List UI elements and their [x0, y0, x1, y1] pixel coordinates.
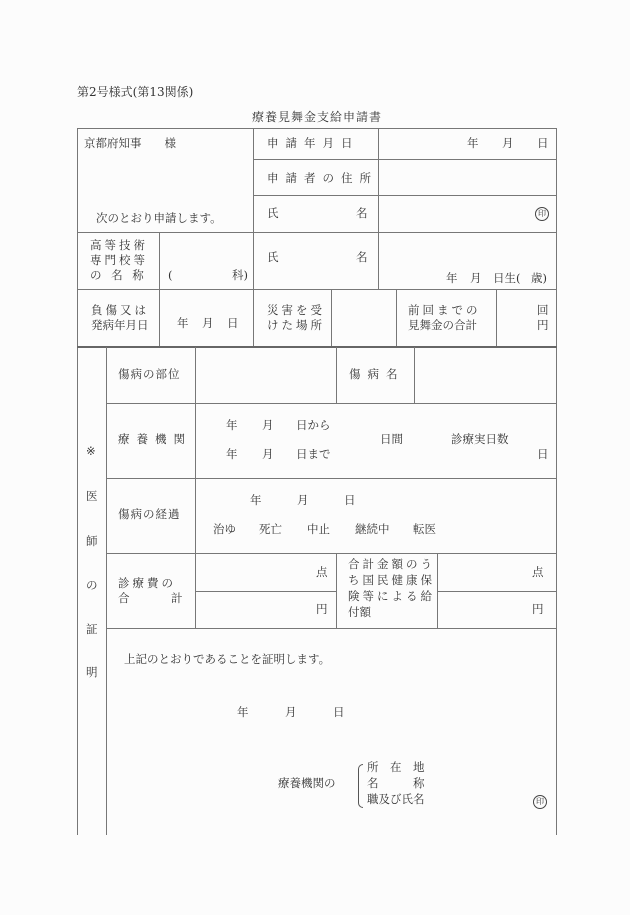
- birth-month[interactable]: 月: [470, 273, 482, 285]
- applicant-address-field[interactable]: [380, 161, 554, 193]
- progress-option-ongoing[interactable]: 継続中: [355, 524, 390, 536]
- insurance-points-unit[interactable]: 点: [532, 567, 544, 579]
- table-border-left: [77, 128, 78, 835]
- applicant-name-label-1: 氏: [267, 208, 279, 220]
- injury-date-year[interactable]: 年: [177, 318, 189, 330]
- incident-place-label-2: けた場所: [267, 320, 325, 332]
- progress-option-died[interactable]: 死亡: [259, 524, 282, 536]
- application-date-month[interactable]: 月: [502, 138, 514, 150]
- addressee: 京都府知事 様: [84, 138, 176, 150]
- certify-date-month[interactable]: 月: [285, 707, 297, 719]
- school-name-label-line-1: 高等技術: [90, 240, 148, 252]
- divider: [253, 195, 557, 196]
- progress-date-day[interactable]: 日: [344, 495, 356, 507]
- divider: [106, 403, 557, 404]
- period-to-month[interactable]: 月: [262, 449, 274, 461]
- seal-icon: 印: [535, 207, 549, 221]
- injury-date-label-2: 発病年月日: [91, 320, 149, 332]
- institution-field-address: 所 在 地: [367, 762, 425, 774]
- fee-label-1: 診療費の: [118, 578, 176, 590]
- form-title: 療養見舞金支給申請書: [252, 111, 382, 123]
- brace-icon: [358, 764, 363, 808]
- divider: [331, 289, 332, 347]
- application-date-year[interactable]: 年: [467, 138, 479, 150]
- applicant-address-label: 申請者の住所: [267, 173, 378, 185]
- applicant-name-label-2: 名: [356, 208, 368, 220]
- doctor-side-label-4: 証: [86, 624, 98, 636]
- progress-option-stopped[interactable]: 中止: [307, 524, 330, 536]
- divider: [77, 232, 557, 233]
- injury-date-day[interactable]: 日: [227, 318, 239, 330]
- divider: [396, 289, 397, 347]
- incident-place-field[interactable]: [333, 291, 394, 345]
- table-border-right: [556, 128, 557, 835]
- certify-text: 上記のとおりであることを証明します。: [124, 654, 330, 666]
- period-to-year[interactable]: 年: [226, 449, 238, 461]
- divider: [336, 553, 337, 628]
- period-from-day[interactable]: 日から: [296, 420, 331, 432]
- injury-name-field[interactable]: [416, 349, 554, 401]
- period-from-year[interactable]: 年: [226, 420, 238, 432]
- injury-date-label-1: 負傷又は: [91, 305, 149, 317]
- institution-field-position: 職及び氏名: [367, 794, 425, 806]
- insurance-label-3: 険等による給: [348, 591, 435, 603]
- form-number: 第2号様式(第13関係): [77, 86, 193, 98]
- doctor-side-label-3: の: [86, 580, 98, 592]
- divider: [195, 591, 336, 592]
- injury-name-label: 傷病名: [349, 369, 405, 381]
- divider: [106, 628, 557, 629]
- institution-label: 療養機関: [118, 434, 192, 446]
- progress-date-year[interactable]: 年: [250, 495, 262, 507]
- divider: [496, 289, 497, 347]
- previous-total-label-2: 見舞金の合計: [408, 320, 477, 332]
- application-date-day[interactable]: 日: [537, 138, 549, 150]
- school-name-label-line-3: の 名 称: [90, 270, 147, 282]
- applicant-name-field[interactable]: [380, 197, 530, 230]
- divider: [195, 347, 196, 628]
- age[interactable]: 歳): [531, 273, 547, 285]
- progress-date-month[interactable]: 月: [297, 495, 309, 507]
- insurance-yen-unit[interactable]: 円: [532, 604, 544, 616]
- divider: [253, 159, 557, 160]
- previous-amount-unit[interactable]: 円: [537, 320, 549, 332]
- divider: [106, 347, 107, 835]
- insurance-label-2: ち国民健康保: [348, 575, 435, 587]
- fee-label-2a: 合: [118, 593, 130, 605]
- certify-date-day[interactable]: 日: [333, 707, 345, 719]
- divider: [437, 591, 557, 592]
- school-name-label-line-2: 専門校等: [90, 255, 148, 267]
- insurance-label-4: 付額: [348, 607, 371, 619]
- doctor-side-label-1: 医: [86, 491, 98, 503]
- doctor-side-label-mark: ※: [86, 446, 96, 458]
- period-to-day[interactable]: 日まで: [296, 449, 331, 461]
- doctor-side-label-5: 明: [86, 667, 98, 679]
- actual-days-label: 診療実日数: [451, 434, 509, 446]
- previous-count-unit[interactable]: 回: [537, 305, 549, 317]
- progress-option-cured[interactable]: 治ゆ: [213, 524, 236, 536]
- student-name-label-1: 氏: [267, 252, 279, 264]
- birth-year[interactable]: 年: [446, 273, 458, 285]
- application-date-label: 申請年月日: [267, 138, 360, 150]
- divider: [336, 347, 337, 403]
- seal-icon: 印: [533, 795, 547, 809]
- injury-site-label: 傷病の部位: [118, 369, 181, 381]
- previous-total-label-1: 前回までの: [408, 305, 481, 317]
- divider: [77, 346, 557, 348]
- insurance-label-1: 合計金額のう: [348, 559, 435, 571]
- fee-label-2b: 計: [171, 593, 183, 605]
- actual-days-unit[interactable]: 日: [537, 449, 549, 461]
- table-border-top: [77, 128, 557, 129]
- progress-option-transferred[interactable]: 転医: [413, 524, 436, 536]
- institution-field-name: 名 称: [367, 778, 425, 790]
- divider: [106, 553, 557, 554]
- injury-date-month[interactable]: 月: [202, 318, 214, 330]
- progress-label: 傷病の経過: [118, 509, 181, 521]
- certify-date-year[interactable]: 年: [237, 707, 249, 719]
- divider: [378, 128, 379, 289]
- birth-day[interactable]: 日生(: [493, 273, 521, 285]
- incident-place-label-1: 災害を受: [267, 305, 325, 317]
- divider: [253, 128, 254, 347]
- divider: [414, 347, 415, 403]
- injury-site-field[interactable]: [197, 349, 334, 401]
- divider: [106, 478, 557, 479]
- period-from-month[interactable]: 月: [262, 420, 274, 432]
- days-unit[interactable]: 日間: [380, 434, 403, 446]
- student-name-field[interactable]: [380, 234, 554, 264]
- school-name-field[interactable]: [161, 234, 251, 287]
- fee-yen-unit[interactable]: 円: [316, 604, 328, 616]
- student-name-label-2: 名: [356, 252, 368, 264]
- doctor-side-label-2: 師: [86, 536, 98, 548]
- institution-of-label: 療養機関の: [278, 778, 336, 790]
- request-text: 次のとおり申請します。: [96, 213, 222, 225]
- fee-points-unit[interactable]: 点: [316, 567, 328, 579]
- divider: [77, 289, 557, 290]
